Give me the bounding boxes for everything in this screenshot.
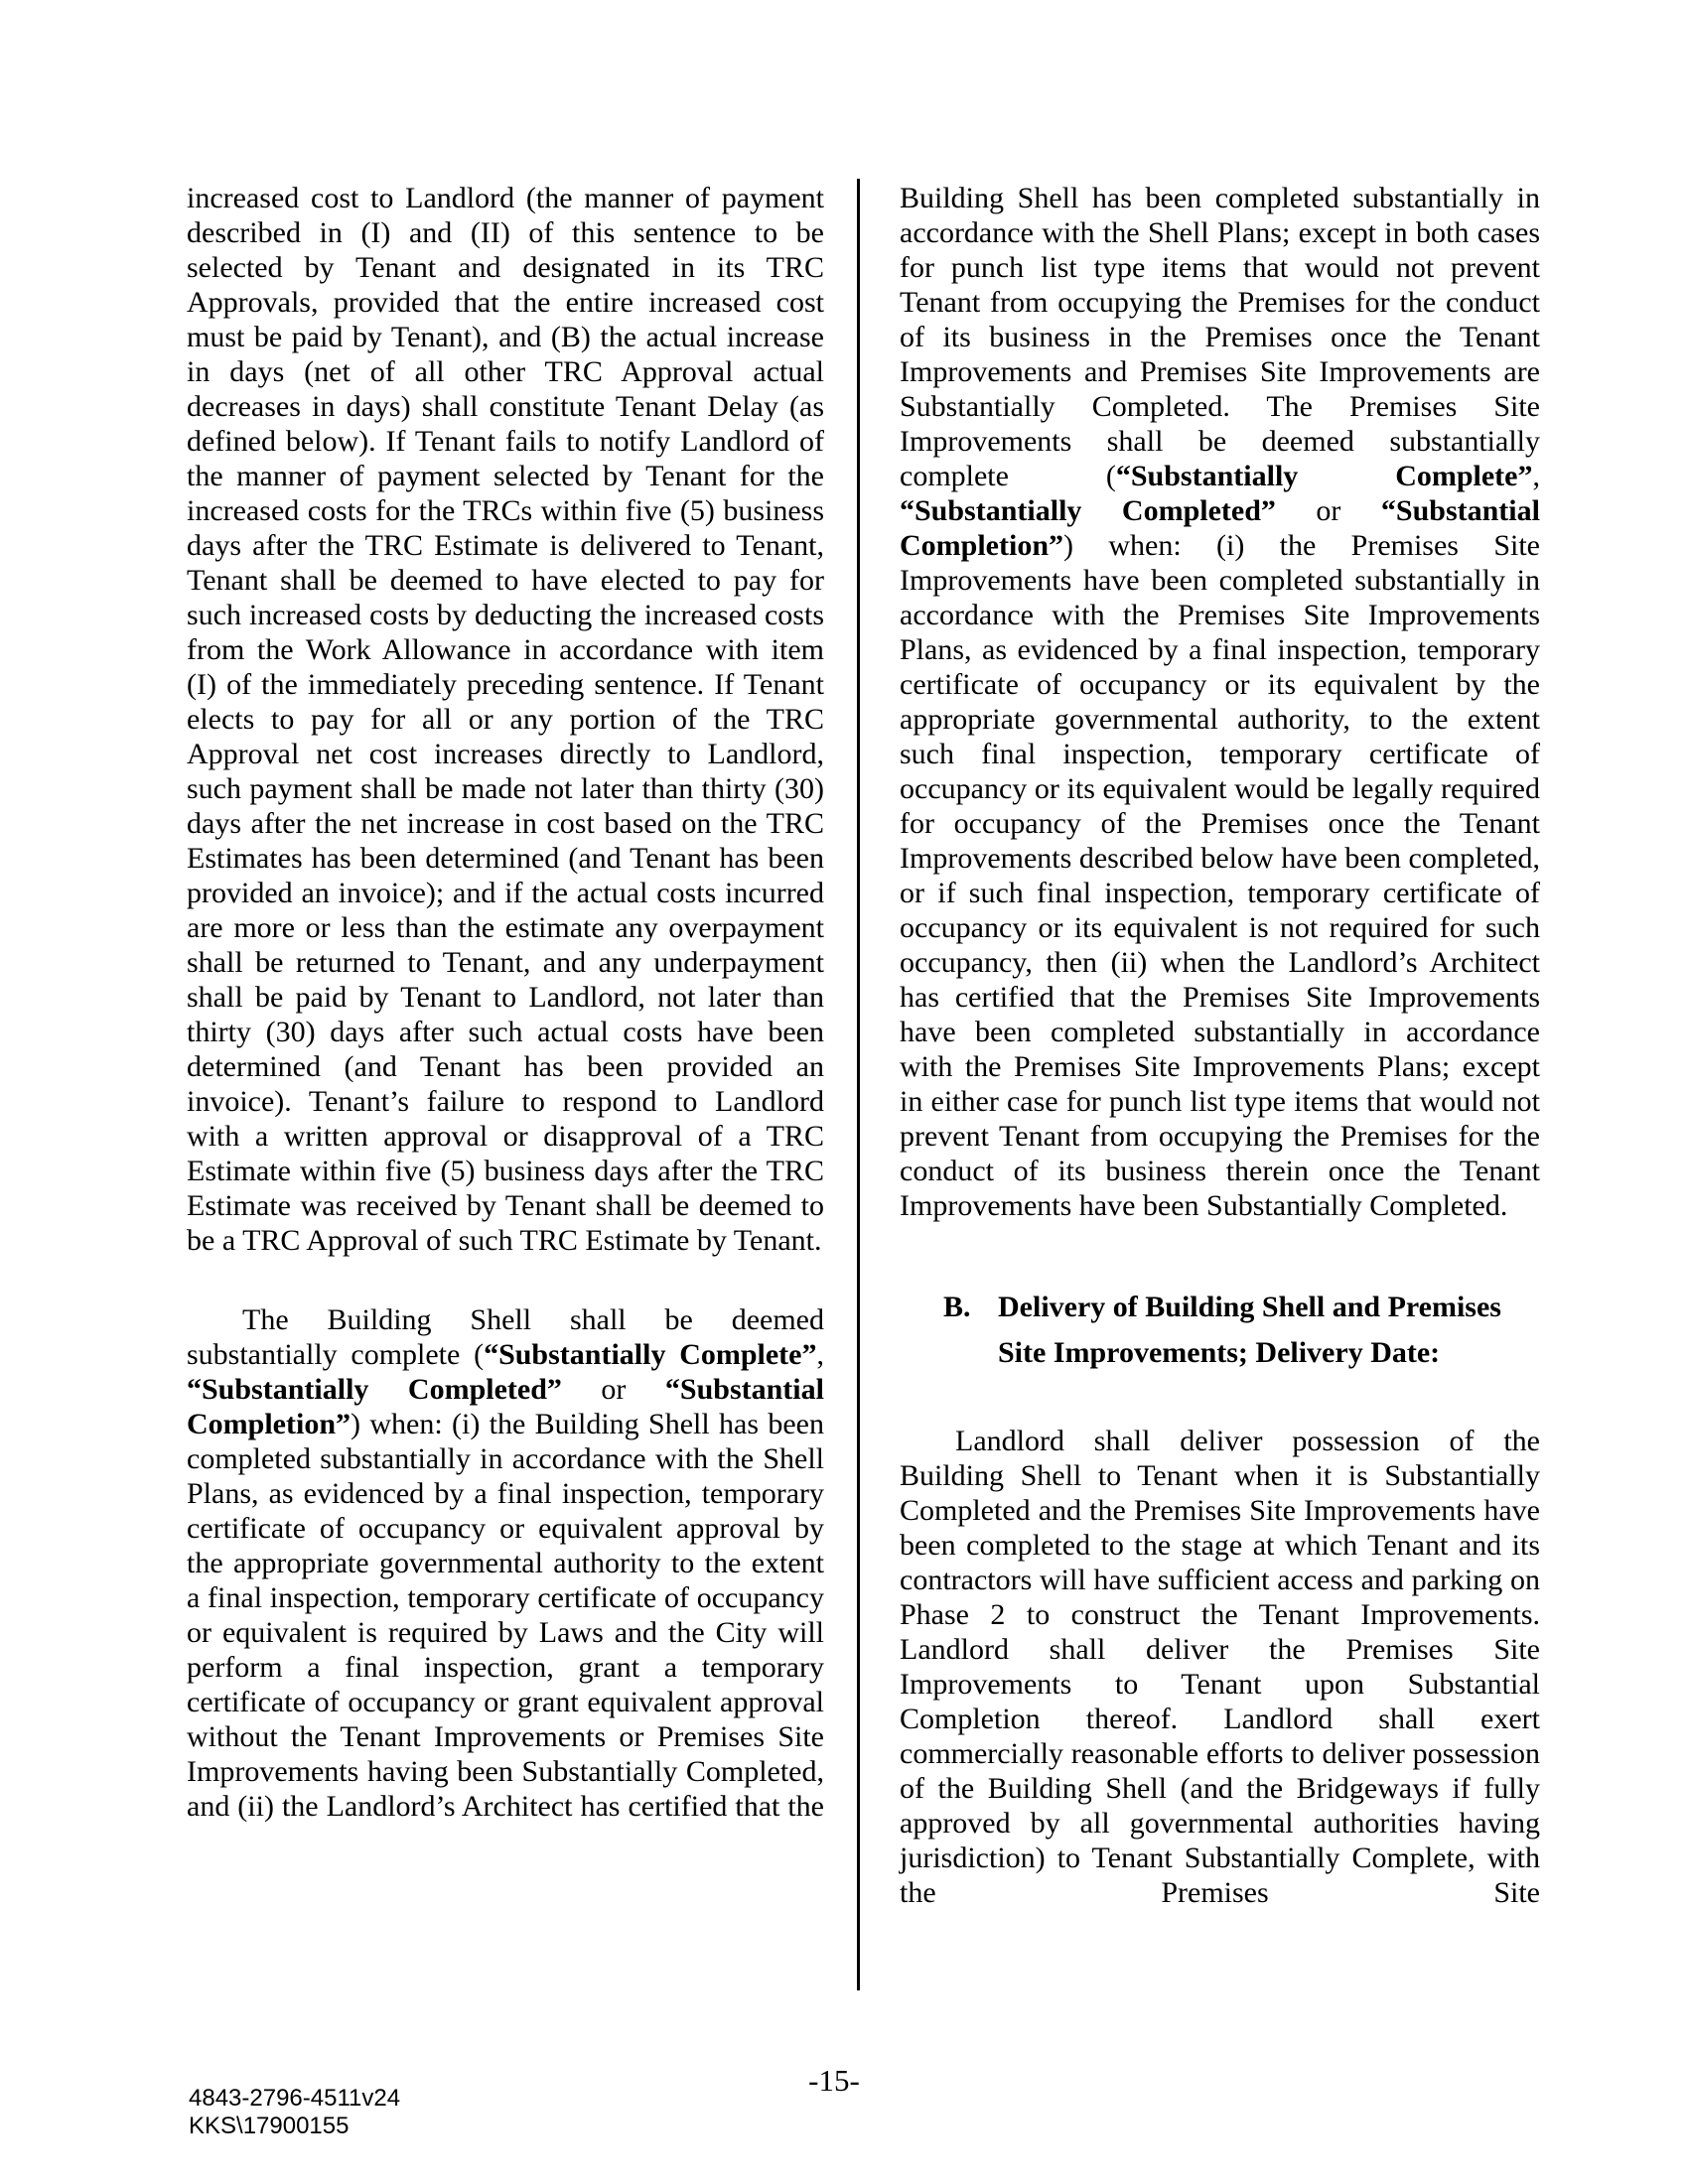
left-paragraph-continuation: increased cost to Landlord (the manner o… xyxy=(187,181,824,1258)
column-divider-rule xyxy=(857,179,860,1990)
section-heading-text: Delivery of Building Shell and Premises … xyxy=(998,1285,1540,1376)
right-paragraph-delivery: Landlord shall deliver possession of the… xyxy=(900,1424,1540,1910)
section-heading-b: B. Delivery of Building Shell and Premis… xyxy=(943,1285,1540,1376)
page-number: -15- xyxy=(755,2063,914,2099)
right-paragraph-continuation: Building Shell has been completed substa… xyxy=(900,181,1540,1223)
document-footer: 4843-2796-4511v24 KKS\17900155 xyxy=(189,2085,400,2140)
section-heading-label: B. xyxy=(943,1285,998,1376)
left-paragraph-building-shell: The Building Shell shall be deemed subst… xyxy=(187,1302,824,1824)
footer-file-reference: KKS\17900155 xyxy=(189,2113,400,2140)
right-column: Building Shell has been completed substa… xyxy=(900,181,1540,1910)
left-column: increased cost to Landlord (the manner o… xyxy=(187,181,824,1824)
footer-document-id: 4843-2796-4511v24 xyxy=(189,2085,400,2113)
document-page: increased cost to Landlord (the manner o… xyxy=(0,0,1688,2184)
